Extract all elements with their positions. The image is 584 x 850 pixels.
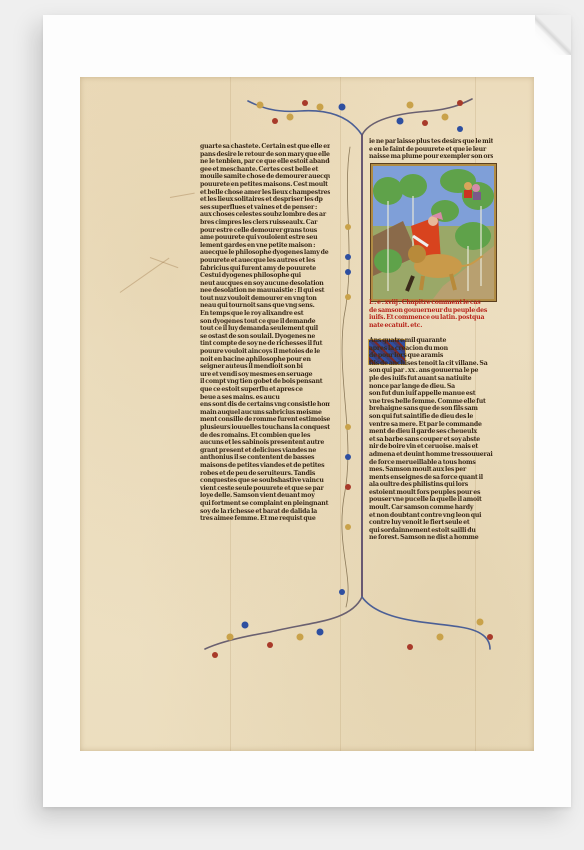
text-line: aux choses celestes soubz lombre des ar [200, 211, 330, 219]
text-line: ame pouurete qui vouloient estre seu [200, 234, 330, 242]
text-line: contre luy venoit le fiert seule et [369, 519, 493, 527]
text-line: se ostast de son soulail. Dyogenes ne [200, 333, 330, 341]
text-line: ala oultre des philistins qui lors [369, 481, 493, 489]
text-line: ie ne par laisse plus tes desirs que le … [369, 138, 493, 146]
text-line: son qui fut saintifie de dieu des le [369, 413, 493, 421]
text-line: pouurete en petites maisons. Cest moult [200, 181, 330, 189]
text-line: que ce estoit superflu et apres ce [200, 386, 330, 394]
text-line: il compt vng tien gobet de bois pensant [200, 378, 330, 386]
text-line: son fut dun iuif appelle manue est [369, 390, 493, 398]
text-line: anthonius il se contentent de basses [200, 454, 330, 462]
text-line: admena et deuint homme tressouuerain [369, 451, 493, 459]
text-line: fils de anchises tenoit la cit villane. … [369, 360, 493, 368]
text-line: lement gardes en vne petite maison : [200, 242, 330, 250]
text-line: et sa barbe sans couper et soy abste [369, 436, 493, 444]
miniature-samson-and-lion [371, 164, 496, 301]
text-line: iuifs. Et commence ou latin. postqua [369, 314, 493, 322]
text-line: estoient moult fors peuples pour es [369, 489, 493, 497]
text-line: nate ecatuit. etc. [369, 322, 493, 330]
text-line: pouser vne pucelle la quelle il amoit [369, 496, 493, 504]
text-line: ventre sa mere. Et par le commande [369, 421, 493, 429]
text-line: qui fortment se complaint en pleingnant [200, 500, 330, 508]
text-line: et belle chose amer les lieux champestre… [200, 189, 330, 197]
text-line: et non doubtant contre vng leon qui [369, 512, 493, 520]
text-line: pans desire le retour de son mary que el… [200, 151, 330, 159]
miniature-painting [373, 166, 494, 299]
text-line: de pour lors que aramis [369, 352, 493, 360]
text-line: beue a ses mains. es aucu [200, 394, 330, 402]
text-line: En temps que le roy alixandre est [200, 310, 330, 318]
text-line: nee desolation ne mauuaistie : Il qui es… [200, 287, 330, 295]
text-line: soy de la richesse et barat de dalida la [200, 508, 330, 516]
text-line: ure et vendi soy mesmes en seruage [200, 371, 330, 379]
text-line: robes et de peu de seruiteurs. Tandis [200, 470, 330, 478]
text-line: seigner auteus il mendioit son bi [200, 363, 330, 371]
text-line: tint compte de soy ne de richesses il fu… [200, 340, 330, 348]
text-line: e en le faint de pouurete et que ie leur [369, 146, 493, 154]
text-line: naisse ma plume pour exempler son ors [369, 153, 493, 161]
text-line: maisons de petites viandes et de petites [200, 462, 330, 470]
text-line: son dyogenes tout ce que il demande [200, 318, 330, 326]
text-line: vient ceste seule pouurete et que se par [200, 485, 330, 493]
text-line: ne le tenbien, par ce que elle estoit ab… [200, 158, 330, 166]
text-line: grant present et deliciues viandes ne [200, 447, 330, 455]
text-line: de des romains. Et combien que les [200, 432, 330, 440]
text-line: tres aimee femme. Et me requist que [200, 515, 330, 523]
text-line: brehaigne sans que de son fils sam [369, 405, 493, 413]
text-line: apres la creacion du mon [369, 345, 493, 353]
text-line: et les lieux solitaires et despriser les… [200, 196, 330, 204]
text-line: Cestui dyogenes philosophe qui [200, 272, 330, 280]
text-line: auecque le philosophe dyogenes lamy de [200, 249, 330, 257]
print-mount: guarte sa chastete. Certain est que elle… [43, 15, 571, 807]
text-line: son qui par . xx . ans gouuerna le pe [369, 367, 493, 375]
text-line: Ans quatre mil quarante [369, 337, 493, 345]
text-line: mes. Samson moult aux les per [369, 466, 493, 474]
text-line: nonce par lange de dieu. Sa [369, 383, 493, 391]
text-line: pouure vouloit aincoys il metoies de le [200, 348, 330, 356]
text-line: ens sont dis de certains vng consistle h… [200, 401, 330, 409]
text-line: moult. Car samson comme hardy [369, 504, 493, 512]
text-line: ple des iuifs fut auant sa natiuite [369, 375, 493, 383]
text-line: plusieurs iouuelles touchans la conquest… [200, 424, 330, 432]
text-line: tout nuz vouloit demourer en vng ton [200, 295, 330, 303]
right-column-head: ie ne par laisse plus tes desirs que le … [369, 138, 493, 161]
text-line: de samson gouuerneur du peuple des [369, 307, 493, 315]
text-line: nir de boire vin et ceruoise. mais et [369, 443, 493, 451]
text-line: guarte sa chastete. Certain est que elle… [200, 143, 330, 151]
text-line: fabricius qui furent amy de pouurete [200, 265, 330, 273]
text-line: pouurete et auecque les autres et les [200, 257, 330, 265]
text-line: ment consille de romme furent estimoises [200, 416, 330, 424]
text-line: qui sordainnement estoit sailli du [369, 527, 493, 535]
text-line: ment de dieu il garde ses cheueulx [369, 428, 493, 436]
text-line: main auquel aucuns sabricius meisme [200, 409, 330, 417]
text-line: neut aucques en soy aucune desolation [200, 280, 330, 288]
text-line: neau qui tournoit sans que vng sens. [200, 302, 330, 310]
text-line: mouile samite chose de demourer auecque [200, 173, 330, 181]
text-line: aucuns et les sabinois presentent autre [200, 439, 330, 447]
left-text-column: guarte sa chastete. Certain est que elle… [200, 143, 330, 523]
text-line: ments enseignes de sa force quant il [369, 474, 493, 482]
text-line: vne tres belle femme. Comme elle fut [369, 398, 493, 406]
text-line: noit en bacine aphilosophe pour en [200, 356, 330, 364]
manuscript-leaf: guarte sa chastete. Certain est que elle… [80, 77, 534, 751]
text-line: bres cimpres les clers ruisseaulx. Car [200, 219, 330, 227]
text-line: ne forest. Samson ne dist a homme [369, 534, 493, 542]
text-line: tout ce il luy demanda seulement quil [200, 325, 330, 333]
page-curl [535, 15, 571, 55]
text-line: gee et meschante. Certes cest belle et [200, 166, 330, 174]
text-line: de force merueillable a tous homs [369, 459, 493, 467]
text-line: loye delle. Samson vient deuant moy [200, 492, 330, 500]
text-line: pour estre celle demourer grans tous [200, 227, 330, 235]
right-text-column: Ans quatre mil quarante apres la creacio… [369, 337, 493, 542]
text-line: conquestes que se soubshastive vaincu [200, 477, 330, 485]
text-line: ses superflues et vaines et de penser : [200, 204, 330, 212]
chapter-rubric: L . e . xviij . Chapitre comment le casd… [369, 299, 493, 329]
text-line: L . e . xviij . Chapitre comment le cas [369, 299, 493, 307]
